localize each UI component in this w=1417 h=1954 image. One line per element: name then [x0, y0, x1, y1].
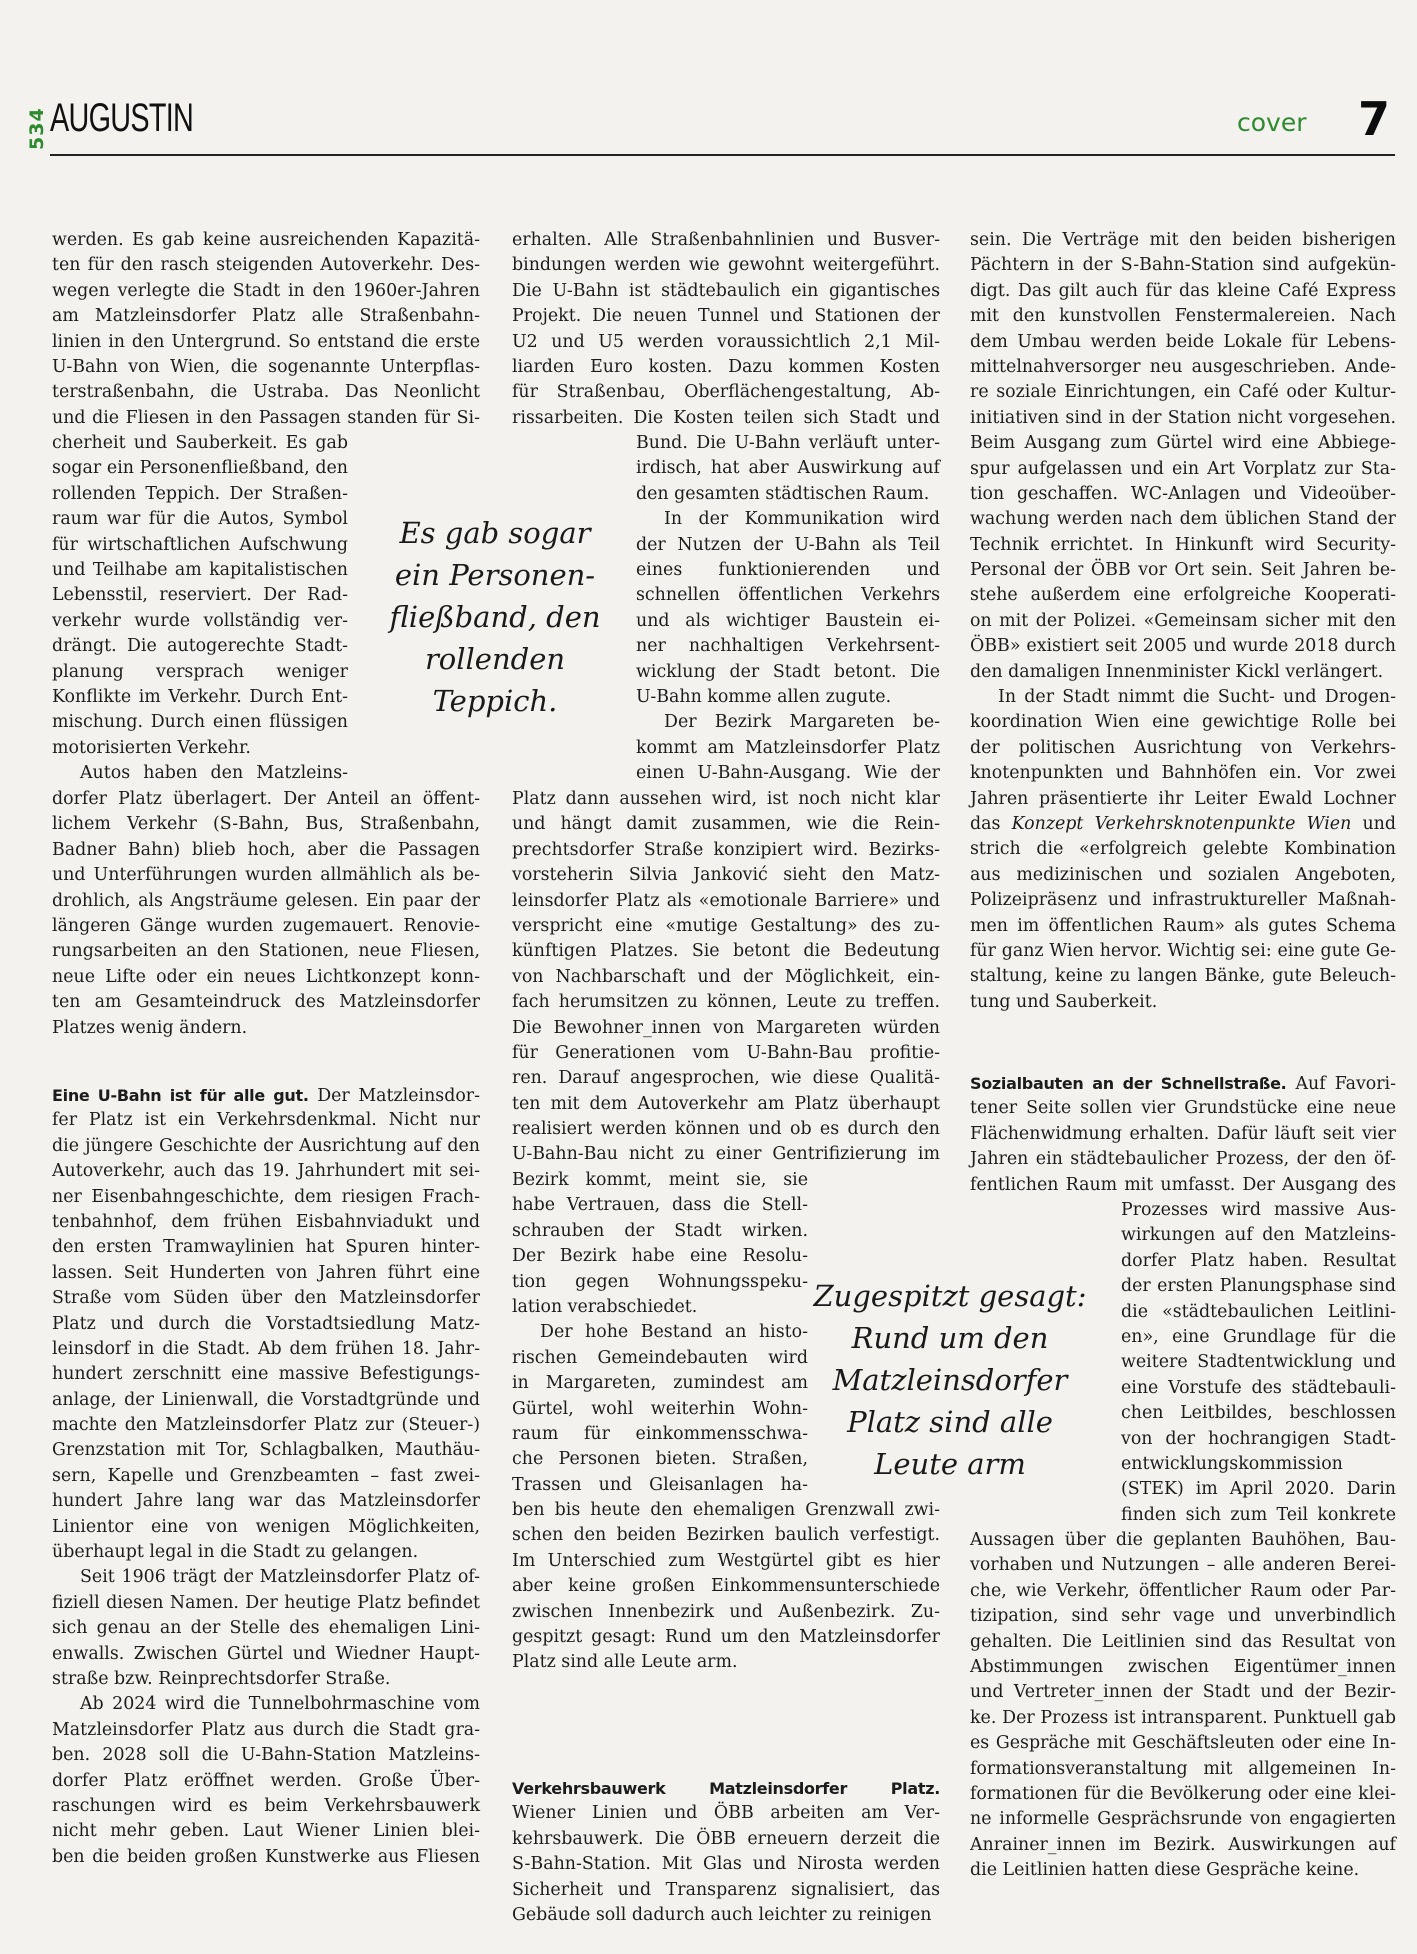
text-line: wachung werden nach dem üblichen Stand d…	[970, 507, 1396, 532]
text-line: mittelnahversorger neu ausgeschrieben. A…	[970, 355, 1396, 380]
text-line: verkehr wurde vollständig ver-	[52, 609, 348, 634]
text-line: Straße vom Süden über den Matzleinsdorfe…	[52, 1286, 480, 1311]
text-line: sern, Kapelle und Grenzbeamten – fast zw…	[52, 1464, 480, 1489]
text-line: Gürtel, wohl weiterhin Wohn-	[512, 1397, 808, 1422]
text-line: die Leitlinien hatten diese Gespräche ke…	[970, 1858, 1396, 1883]
subhead-u-bahn: Eine U-Bahn ist für alle gut.	[52, 1086, 309, 1105]
header-rule	[50, 154, 1395, 156]
paragraph-text: Auf Favori-	[1286, 1074, 1396, 1094]
issue-number: 534	[26, 107, 48, 150]
text-span: und	[1351, 814, 1396, 834]
text-line: machte den Matzleinsdorfer Platz zur (St…	[52, 1413, 480, 1438]
subhead-line: Verkehrsbauwerk Matzleinsdorfer Platz.	[512, 1776, 940, 1801]
text-line: In der Kommunikation wird	[636, 507, 940, 532]
text-line: raum für einkommensschwa-	[512, 1422, 808, 1447]
text-line: fer Platz ist ein Verkehrsdenkmal. Nicht…	[52, 1108, 480, 1133]
pull-quote-line: Es gab sogar	[355, 512, 635, 554]
text-line: der Nutzen der U-Bahn als Teil	[636, 533, 940, 558]
text-line: dorfer Platz eröffnet werden. Große Über…	[52, 1769, 480, 1794]
text-line: raum war für die Autos, Symbol	[52, 507, 348, 532]
text-line: Die Bewohner_innen von Margareten würden	[512, 1016, 940, 1041]
text-line: liarden Euro kosten. Dazu kommen Kosten	[512, 355, 940, 380]
text-line: tion gegen Wohnungsspeku-	[512, 1270, 808, 1295]
text-line: Platz dann aussehen wird, ist noch nicht…	[512, 787, 940, 812]
text-line: wegen verlegte die Stadt in den 1960er-J…	[52, 279, 480, 304]
pull-quote-line: Matzleinsdorfer	[800, 1359, 1100, 1401]
text-line: fiziell diesen Namen. Der heutige Platz …	[52, 1591, 480, 1616]
text-line: Der hohe Bestand an histo-	[512, 1320, 808, 1345]
text-line: ben die beiden großen Kunstwerke aus Fli…	[52, 1845, 480, 1870]
middle-column-block-1: erhalten. Alle Straßenbahnlinien und Bus…	[512, 228, 940, 431]
text-line: formationsveranstaltung mit allgemeinen …	[970, 1757, 1396, 1782]
text-line: den ersten Tramwaylinien hat Spuren hint…	[52, 1235, 480, 1260]
text-line: Lebensstil, reserviert. Der Rad-	[52, 583, 348, 608]
text-line: rungsarbeiten an den Stationen, neue Fli…	[52, 939, 480, 964]
text-line: Badner Bahn) blieb hoch, aber die Passag…	[52, 838, 480, 863]
text-line: U2 und U5 werden voraussichtlich 2,1 Mil…	[512, 330, 940, 355]
text-line: kehrsbauwerk. Die ÖBB erneuern derzeit d…	[512, 1827, 940, 1852]
text-line: Pächtern in der S-Bahn-Station sind aufg…	[970, 253, 1396, 278]
text-line: U-Bahn komme allen zugute.	[636, 685, 940, 710]
text-line: Bezirk kommt, meint sie, sie	[512, 1168, 808, 1193]
text-line: re soziale Einrichtungen, ein Café oder …	[970, 380, 1396, 405]
text-line: aber keine großen Einkommensunterschiede	[512, 1574, 940, 1599]
text-line: ner nachhaltigen Verkehrsent-	[636, 634, 940, 659]
text-line: planung versprach weniger	[52, 660, 348, 685]
text-line: Der Bezirk habe eine Resolu-	[512, 1244, 808, 1269]
subhead-sozialbauten: Sozialbauten an der Schnellstraße.	[970, 1074, 1286, 1093]
text-line: Anrainer_innen im Bezirk. Auswirkungen a…	[970, 1833, 1396, 1858]
text-line: am Matzleinsdorfer Platz alle Straßenbah…	[52, 304, 480, 329]
text-line: Bund. Die U-Bahn verläuft unter-	[636, 431, 940, 456]
text-line: rissarbeiten. Die Kosten teilen sich Sta…	[512, 406, 940, 431]
text-line: gespitzt gesagt: Rund um den Matzleinsdo…	[512, 1625, 940, 1650]
pull-quote-line: rollenden	[355, 638, 635, 680]
text-line: Technik errichtet. In Hinkunft wird Secu…	[970, 533, 1396, 558]
text-line: Der Bezirk Margareten be-	[636, 710, 940, 735]
middle-column-block-2: Bund. Die U-Bahn verläuft unter-irdisch,…	[636, 431, 940, 786]
text-line: leinsdorf in die Stadt. Ab dem frühen 18…	[52, 1337, 480, 1362]
text-line: S-Bahn-Station. Mit Glas und Nirosta wer…	[512, 1852, 940, 1877]
text-line: Jahren ein städtebaulicher Prozess, der …	[970, 1147, 1396, 1172]
text-line: rollenden Teppich. Der Straßen-	[52, 482, 348, 507]
text-line: tener Seite sollen vier Grundstücke eine…	[970, 1096, 1396, 1121]
text-line: für Generationen vom U-Bahn-Bau profitie…	[512, 1041, 940, 1066]
text-line: eine Vorstufe des städtebauli-	[1121, 1376, 1396, 1401]
text-line: gehalten. Die Leitlinien sind das Result…	[970, 1630, 1396, 1655]
text-line: Flächenwidmung erhalten. Dafür läuft sei…	[970, 1122, 1396, 1147]
text-line: Linientor eine von wenigen Möglichkeiten…	[52, 1515, 480, 1540]
text-line: en», eine Grundlage für die	[1121, 1325, 1396, 1350]
text-line: die jüngere Geschichte der Ausrichtung a…	[52, 1134, 480, 1159]
text-line: enwalls. Zwischen Gürtel und Wiedner Hau…	[52, 1642, 480, 1667]
text-line: es Gespräche mit Geschäftsleuten oder ei…	[970, 1731, 1396, 1756]
text-line: ne informelle Gesprächsrunde von engagie…	[970, 1807, 1396, 1832]
text-line: Matzleinsdorfer Platz aus durch die Stad…	[52, 1718, 480, 1743]
text-line: schen den beiden Bezirken baulich verfes…	[512, 1523, 940, 1548]
text-line: sein. Die Verträge mit den beiden bisher…	[970, 228, 1396, 253]
text-line: che, wie Verkehr, öffentlicher Raum oder…	[970, 1579, 1396, 1604]
text-line: Ab 2024 wird die Tunnelbohrmaschine vom	[52, 1692, 480, 1717]
right-column-block-3: tener Seite sollen vier Grundstücke eine…	[970, 1096, 1396, 1198]
text-line: stehe außerdem eine erfolgreiche Koopera…	[970, 583, 1396, 608]
text-line: lassen. Seit Hunderten von Jahren führt …	[52, 1261, 480, 1286]
middle-column-block-3: Platz dann aussehen wird, ist noch nicht…	[512, 787, 940, 1168]
section-label: cover	[1237, 108, 1307, 137]
text-line: koordination Wien eine gewichtige Rolle …	[970, 710, 1396, 735]
pull-quote-2: Zugespitzt gesagt:Rund um denMatzleinsdo…	[800, 1275, 1100, 1485]
subhead-line: Sozialbauten an der Schnellstraße. Auf F…	[970, 1071, 1396, 1096]
text-line: Konflikte im Verkehr. Durch Ent-	[52, 685, 348, 710]
text-line: und als wichtiger Baustein ei-	[636, 609, 940, 634]
text-line: tizipation, sind sehr vage und unverbind…	[970, 1604, 1396, 1629]
text-line: Beim Ausgang zum Gürtel wird eine Abbieg…	[970, 431, 1396, 456]
right-column-block-5: Aussagen über die geplanten Bauhöhen, Ba…	[970, 1528, 1396, 1883]
text-line: hundert Jahre lang war das Matzleinsdorf…	[52, 1489, 480, 1514]
pull-quote-line: Rund um den	[800, 1317, 1100, 1359]
text-line: und die Fliesen in den Passagen standen …	[52, 406, 480, 431]
text-line: Autos haben den Matzleins-	[52, 761, 348, 786]
text-line: der ersten Planungsphase sind	[1121, 1274, 1396, 1299]
text-line: Platzes wenig ändern.	[52, 1016, 480, 1041]
text-line: den damaligen Innenminister Kickl verlän…	[970, 660, 1396, 685]
text-line: tion geschaffen. WC-Anlagen und Videoübe…	[970, 482, 1396, 507]
text-line: irdisch, hat aber Auswirkung auf	[636, 456, 940, 481]
text-line: und Unterführungen wurden allmählich als…	[52, 863, 480, 888]
text-line: ke. Der Prozess ist intransparent. Punkt…	[970, 1706, 1396, 1731]
middle-column-section: Verkehrsbauwerk Matzleinsdorfer Platz. W…	[512, 1776, 940, 1928]
text-line: erhalten. Alle Straßenbahnlinien und Bus…	[512, 228, 940, 253]
text-line: werden. Es gab keine ausreichenden Kapaz…	[52, 228, 480, 253]
text-line: chen Leitbildes, beschlossen	[1121, 1401, 1396, 1426]
page-number: 7	[1358, 92, 1390, 146]
text-line: Seit 1906 trägt der Matzleinsdorfer Plat…	[52, 1565, 480, 1590]
text-line: rischen Gemeindebauten wird	[512, 1346, 808, 1371]
text-line: on mit der Polizei. «Gemeinsam sicher mi…	[970, 609, 1396, 634]
text-line: ten am Gesamteindruck des Matzleinsdorfe…	[52, 990, 480, 1015]
text-line: sogar ein Personenfließband, den	[52, 456, 348, 481]
text-line: digt. Das gilt auch für das kleine Café …	[970, 279, 1396, 304]
text-line: lichem Verkehr (S-Bahn, Bus, Straßenbahn…	[52, 812, 480, 837]
middle-column-block-5: ben bis heute den ehemaligen Grenzwall z…	[512, 1498, 940, 1676]
magazine-logo: AUGUSTIN	[50, 96, 193, 141]
text-line: künftigen Platzes. Sie betont die Bedeut…	[512, 939, 940, 964]
text-line: längeren Gänge wurden zugemauert. Renovi…	[52, 914, 480, 939]
text-line: der politischen Ausrichtung von Verkehrs…	[970, 736, 1396, 761]
text-line: U-Bahn-Bau nicht zu einer Gentrifizierun…	[512, 1142, 940, 1167]
right-column-block-2-wrap: das Konzept Verkehrsknotenpunkte Wien un…	[970, 812, 1396, 1015]
text-line: von der hochrangigen Stadt-	[1121, 1427, 1396, 1452]
text-line: und Vertreter_innen der Stadt und der Be…	[970, 1680, 1396, 1705]
text-line: habe Vertrauen, dass die Stell-	[512, 1193, 808, 1218]
text-line: Abstimmungen zwischen Eigentümer_innen	[970, 1655, 1396, 1680]
text-line: (STEK) im April 2020. Darin	[1121, 1477, 1396, 1502]
text-line: Die U-Bahn ist städtebaulich ein giganti…	[512, 279, 940, 304]
text-line: Personal der ÖBB vor Ort sein. Seit Jahr…	[970, 558, 1396, 583]
text-line: zwischen Innenbezirk und Außenbezirk. Zu…	[512, 1600, 940, 1625]
text-line: wirkungen auf den Matzleins-	[1121, 1223, 1396, 1248]
middle-column-block-4: Bezirk kommt, meint sie, siehabe Vertrau…	[512, 1168, 808, 1498]
left-column-section: Eine U-Bahn ist für alle gut. Der Matzle…	[52, 1083, 480, 1870]
text-line: für ganz Wien hervor. Wichtig sei: eine …	[970, 939, 1396, 964]
text-line: ben. 2028 soll die U-Bahn-Station Matzle…	[52, 1743, 480, 1768]
text-line: raschungen wird es beim Verkehrsbauwerk	[52, 1794, 480, 1819]
text-line: ben bis heute den ehemaligen Grenzwall z…	[512, 1498, 940, 1523]
italic-title-line: das Konzept Verkehrsknotenpunkte Wien un…	[970, 812, 1396, 837]
text-line: che Personen bieten. Straßen,	[512, 1447, 808, 1472]
pull-quote-line: fließband, den	[355, 596, 635, 638]
text-line: mit den kunstvollen Fenstermalereien. Na…	[970, 304, 1396, 329]
text-line: men im öffentlichen Raum» als gutes Sche…	[970, 914, 1396, 939]
text-line: dorfer Platz überlagert. Der Anteil an ö…	[52, 787, 480, 812]
text-line: schrauben der Stadt wirken.	[512, 1219, 808, 1244]
left-column-block-3: dorfer Platz überlagert. Der Anteil an ö…	[52, 787, 480, 1041]
text-line: fach herumsitzen zu können, Leute zu tre…	[512, 990, 940, 1015]
text-line: Trassen und Gleisanlagen ha-	[512, 1473, 808, 1498]
subhead-verkehrsbauwerk: Verkehrsbauwerk Matzleinsdorfer Platz.	[512, 1779, 940, 1798]
text-line: von Nachbarschaft und der Möglichkeit, e…	[512, 965, 940, 990]
text-line: eines funktionierenden und	[636, 558, 940, 583]
middle-column-block-6: Wiener Linien und ÖBB arbeiten am Ver-ke…	[512, 1801, 940, 1928]
text-line: mischung. Durch einen flüssigen	[52, 710, 348, 735]
text-line: finden sich zum Teil konkrete	[1121, 1503, 1396, 1528]
text-line: und hängt damit zusammen, wie die Rein-	[512, 812, 940, 837]
text-line: drohlich, als Angsträume gelesen. Ein pa…	[52, 889, 480, 914]
text-line: Autoverkehr, auch das 19. Jahrhundert mi…	[52, 1159, 480, 1184]
text-line: Jahren präsentierte ihr Leiter Ewald Loc…	[970, 787, 1396, 812]
pull-quote-line: ein Personen-	[355, 554, 635, 596]
text-line: Wiener Linien und ÖBB arbeiten am Ver-	[512, 1801, 940, 1826]
text-line: terstraßenbahn, die Ustraba. Das Neonlic…	[52, 380, 480, 405]
text-line: leinsdorfer Platz als «emotionale Barrie…	[512, 889, 940, 914]
text-line: ten für den rasch steigenden Autoverkehr…	[52, 253, 480, 278]
text-line: Gebäude soll dadurch auch leichter zu re…	[512, 1903, 940, 1928]
right-column-block-4: Prozesses wird massive Aus-wirkungen auf…	[1121, 1198, 1396, 1528]
left-column-block-4: fer Platz ist ein Verkehrsdenkmal. Nicht…	[52, 1108, 480, 1870]
text-line: Platz und durch die Vorstadtsiedlung Mat…	[52, 1312, 480, 1337]
left-column-block-2: cherheit und Sauberkeit. Es gabsogar ein…	[52, 431, 348, 786]
text-line: für Straßenbau, Oberflächengestaltung, A…	[512, 380, 940, 405]
text-line: Platz sind alle Leute arm.	[512, 1650, 940, 1675]
text-line: kommt am Matzleinsdorfer Platz	[636, 736, 940, 761]
text-line: schnellen öffentlichen Verkehrs	[636, 583, 940, 608]
text-line: In der Stadt nimmt die Sucht- und Drogen…	[970, 685, 1396, 710]
right-column-block-2: strich die «erfolgreich gelebte Kombinat…	[970, 837, 1396, 1015]
text-line: wicklung der Stadt betont. Die	[636, 660, 940, 685]
text-line: entwicklungskommission	[1121, 1452, 1396, 1477]
right-column-block-1: sein. Die Verträge mit den beiden bisher…	[970, 228, 1396, 812]
text-line: und Teilhabe am kapitalistischen	[52, 558, 348, 583]
text-line: nicht mehr geben. Laut Wiener Linien ble…	[52, 1819, 480, 1844]
text-line: Projekt. Die neuen Tunnel und Stationen …	[512, 304, 940, 329]
text-line: weitere Stadtentwicklung und	[1121, 1350, 1396, 1375]
text-line: initiativen sind in der Station nicht vo…	[970, 406, 1396, 431]
text-line: Im Unterschied zum Westgürtel gibt es hi…	[512, 1549, 940, 1574]
text-line: überhaupt legal in die Stadt zu gelangen…	[52, 1540, 480, 1565]
text-line: cherheit und Sauberkeit. Es gab	[52, 431, 348, 456]
paragraph-text: Der Matzleinsdor-	[309, 1086, 480, 1106]
text-line: vorhaben und Nutzungen – alle anderen Be…	[970, 1553, 1396, 1578]
text-span: das	[970, 814, 1012, 834]
text-line: in Margareten, zumindest am	[512, 1371, 808, 1396]
text-line: tenbahnhof, dem frühen Eisbahnviadukt un…	[52, 1210, 480, 1235]
text-line: aus medizinischen und sozialen Angeboten…	[970, 863, 1396, 888]
text-line: für wirtschaftlichen Aufschwung	[52, 533, 348, 558]
text-line: bindungen werden wie gewohnt weitergefüh…	[512, 253, 940, 278]
text-line: hundert zerschnitt eine massive Befestig…	[52, 1362, 480, 1387]
text-line: prechtsdorfer Straße konzipiert wird. Be…	[512, 838, 940, 863]
text-line: U-Bahn von Wien, die sogenannte Unterpfl…	[52, 355, 480, 380]
text-line: Sicherheit und Transparenz signalisiert,…	[512, 1878, 940, 1903]
text-line: realisiert werden können und ob es durch…	[512, 1117, 940, 1142]
text-line: linien in den Untergrund. So entstand di…	[52, 330, 480, 355]
text-line: Polizeipräsenz und infrastruktureller Ma…	[970, 888, 1396, 913]
pull-quote-line: Leute arm	[800, 1443, 1100, 1485]
text-line: den gesamten städtischen Raum.	[636, 482, 940, 507]
text-line: motorisierten Verkehr.	[52, 736, 348, 761]
text-line: vorsteherin Silvia Janković sieht den Ma…	[512, 863, 940, 888]
text-line: drängt. Die autogerechte Stadt-	[52, 634, 348, 659]
text-line: Aussagen über die geplanten Bauhöhen, Ba…	[970, 1528, 1396, 1553]
text-line: knotenpunkten und Bahnhöfen ein. Vor zwe…	[970, 761, 1396, 786]
text-line: anlage, der Linienwall, die Vorstadtgrün…	[52, 1388, 480, 1413]
subhead-line: Eine U-Bahn ist für alle gut. Der Matzle…	[52, 1083, 480, 1108]
text-line: dorfer Platz haben. Resultat	[1121, 1249, 1396, 1274]
pull-quote-line: Platz sind alle	[800, 1401, 1100, 1443]
text-line: ten mit dem Autoverkehr am Platz überhau…	[512, 1092, 940, 1117]
concept-title: Konzept Verkehrsknotenpunkte Wien	[1012, 814, 1352, 834]
text-line: ÖBB» existiert seit 2005 und wurde 2018 …	[970, 634, 1396, 659]
text-line: ner Eisenbahngeschichte, dem riesigen Fr…	[52, 1185, 480, 1210]
text-line: Prozesses wird massive Aus-	[1121, 1198, 1396, 1223]
pull-quote-1: Es gab sogarein Personen-fließband, denr…	[355, 512, 635, 722]
text-line: verspricht eine «mutige Gestaltung» des …	[512, 914, 940, 939]
text-line: dem Umbau werden beide Lokale für Lebens…	[970, 330, 1396, 355]
pull-quote-line: Teppich.	[355, 680, 635, 722]
text-line: strich die «erfolgreich gelebte Kombinat…	[970, 837, 1396, 862]
pull-quote-line: Zugespitzt gesagt:	[800, 1275, 1100, 1317]
text-line: lation verabschiedet.	[512, 1295, 808, 1320]
left-column-block-1: werden. Es gab keine ausreichenden Kapaz…	[52, 228, 480, 431]
text-line: staltung, keine zu langen Bänke, gute Be…	[970, 964, 1396, 989]
text-line: straße bzw. Reinprechtsdorfer Straße.	[52, 1667, 480, 1692]
text-line: die «städtebaulichen Leitlini-	[1121, 1300, 1396, 1325]
text-line: sich genau an der Stelle des ehemaligen …	[52, 1616, 480, 1641]
text-line: formationen für die Bevölkerung oder ein…	[970, 1782, 1396, 1807]
right-column-section: Sozialbauten an der Schnellstraße. Auf F…	[970, 1071, 1396, 1198]
text-line: Grenzstation mit Tor, Schlagbalken, Maut…	[52, 1438, 480, 1463]
text-line: tung und Sauberkeit.	[970, 990, 1396, 1015]
text-line: fentlichen Raum mit umfasst. Der Ausgang…	[970, 1173, 1396, 1198]
text-line: ren. Darauf angesprochen, wie diese Qual…	[512, 1066, 940, 1091]
text-line: neue Lifte oder ein neues Lichtkonzept k…	[52, 965, 480, 990]
text-line: einen U-Bahn-Ausgang. Wie der	[636, 761, 940, 786]
text-line: spur aufgelassen und ein Art Vorplatz zu…	[970, 457, 1396, 482]
